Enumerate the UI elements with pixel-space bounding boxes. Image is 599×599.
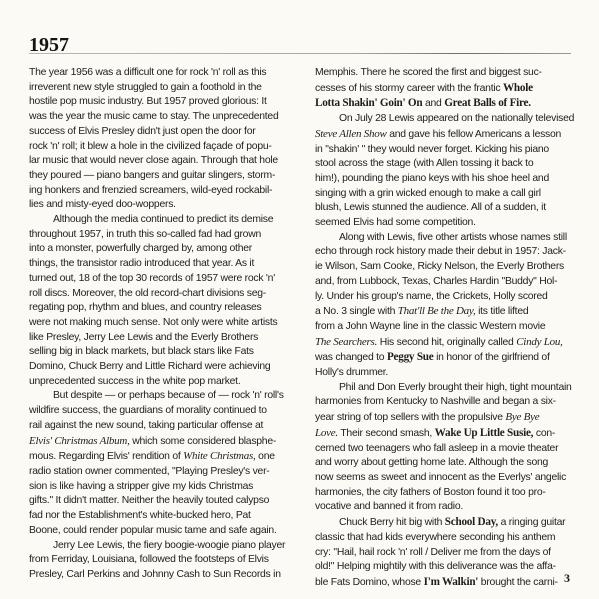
text-run: Presley, Carl Perkins and Johnny Cash to… [29, 569, 281, 580]
text-run: turned out, 18 of the top 30 records of … [29, 273, 275, 284]
text-run: and worry about getting home late. Altho… [315, 457, 548, 468]
text-run: lies and misty-eyed doo-woppers. [29, 199, 176, 210]
paragraph: Chuck Berry hit big with School Day, a r… [315, 515, 581, 591]
text-run: year string of top sellers with the prop… [315, 412, 505, 423]
text-run: classic that had kids everywhere secondi… [315, 532, 555, 543]
song-title: School Day, [445, 516, 498, 528]
text-line: harmonies, the city fathers of Boston fo… [315, 486, 581, 501]
text-run: Their second smash, [338, 428, 435, 439]
text-line: blush, Lewis stunned the audience. All o… [315, 201, 581, 216]
text-line: turned out, 18 of the top 30 records of … [29, 272, 295, 287]
text-run: irreverent new style struggled to gain a… [29, 82, 262, 93]
text-run: ie Wilson, Sam Cooke, Ricky Nelson, the … [315, 261, 564, 272]
text-line: they poured — piano bangers and guitar s… [29, 169, 295, 184]
text-line: lar music that would never close again. … [29, 154, 295, 169]
text-run: But despite — or perhaps because of — ro… [53, 390, 284, 401]
text-line: rail against the new sound, taking parti… [29, 419, 295, 434]
text-run: Jerry Lee Lewis, the fiery boogie-woogie… [53, 540, 285, 551]
text-line: old!" Helping mightily with this deliver… [315, 560, 581, 575]
text-run: in honor of the girlfriend of [433, 352, 549, 363]
text-line: was changed to Peggy Sue in honor of the… [315, 350, 581, 366]
text-run: which some considered blasphe- [130, 436, 276, 447]
text-run: Although the media continued to predict … [53, 214, 273, 225]
text-run: gifts." It didn't matter. Neither the he… [29, 495, 269, 506]
text-line: wildfire success, the guardians of moral… [29, 404, 295, 419]
text-line: ble Fats Domino, whose I'm Walkin' broug… [315, 575, 581, 591]
text-run: cerned two teenagers who fall asleep in … [315, 443, 558, 454]
text-line: singing with a grin wicked enough to mak… [315, 187, 581, 202]
text-line: now seems as sweet and innocent as the E… [315, 471, 581, 486]
text-run: rail against the new sound, taking parti… [29, 420, 263, 431]
text-line: echo through rock history made their deb… [315, 245, 581, 260]
text-line: Presley, Carl Perkins and Johnny Cash to… [29, 568, 295, 583]
text-run: and, from Lubbock, Texas, Charles Hardin… [315, 276, 557, 287]
text-line: selling big in black markets, but black … [29, 345, 295, 360]
text-run: and gave his fellow Americans a lesson [387, 129, 562, 140]
italic-title: Bye Bye [505, 411, 539, 423]
text-run: vocative and banned it from radio. [315, 501, 463, 512]
song-title: Wake Up Little Susie, [435, 427, 534, 439]
text-run: cry: "Hail, hail rock 'n' roll / Deliver… [315, 547, 551, 558]
text-line: On July 28 Lewis appeared on the nationa… [315, 112, 581, 127]
text-run: Chuck Berry hit big with [339, 517, 445, 528]
text-run: harmonies, the city fathers of Boston fo… [315, 487, 546, 498]
text-run: throughout 1957, in truth this so-called… [29, 229, 261, 240]
text-run: things, the transistor radio introduced … [29, 258, 254, 269]
text-run: from a John Wayne line in the classic We… [315, 321, 545, 332]
text-run: Boone, could render popular music tame a… [29, 525, 277, 536]
text-line: and worry about getting home late. Altho… [315, 456, 581, 471]
text-run: a No. 3 single with [315, 306, 398, 317]
text-line: into a monster, powerfully charged by, a… [29, 242, 295, 257]
text-run: from Ferriday, Louisiana, followed the f… [29, 554, 269, 565]
text-run: selling big in black markets, but black … [29, 346, 254, 357]
text-line: Domino, Chuck Berry and Little Richard w… [29, 360, 295, 375]
text-run: radio station owner commented, "Playing … [29, 466, 270, 477]
text-line: unprecedented success in the white pop m… [29, 375, 295, 390]
text-line: things, the transistor radio introduced … [29, 257, 295, 272]
text-run: harmonies from Kentucky to Nashville and… [315, 396, 556, 407]
song-title: Lotta Shakin' Goin' On [315, 97, 422, 109]
text-run: echo through rock history made their deb… [315, 246, 566, 257]
text-run: unprecedented success in the white pop m… [29, 376, 240, 387]
italic-title: Elvis' Christmas Album, [29, 435, 130, 447]
text-run: its title lifted [475, 306, 528, 317]
text-line: Although the media continued to predict … [29, 213, 295, 228]
text-line: year string of top sellers with the prop… [315, 410, 581, 426]
text-run: were not making much sense. Not only wer… [29, 317, 277, 328]
left-column: The year 1956 was a difficult one for ro… [29, 66, 295, 583]
text-line: ing honkers and frenzied screamers, wild… [29, 184, 295, 199]
italic-title: Cindy Lou, [516, 336, 562, 348]
text-run: blush, Lewis stunned the audience. All o… [315, 202, 546, 213]
text-line: Chuck Berry hit big with School Day, a r… [315, 515, 581, 531]
text-line: Holly's drummer. [315, 366, 581, 381]
text-line: a No. 3 single with That'll Be the Day, … [315, 304, 581, 320]
text-run: Phil and Don Everly brought their high, … [339, 382, 572, 393]
text-run: and [422, 98, 444, 109]
paragraph: Phil and Don Everly brought their high, … [315, 381, 581, 515]
text-line: stool across the stage (with Allen tossi… [315, 157, 581, 172]
song-title: Whole [503, 82, 533, 94]
text-line: ie Wilson, Sam Cooke, Ricky Nelson, the … [315, 260, 581, 275]
text-run: cesses of his stormy career with the fra… [315, 83, 503, 94]
text-line: ly. Under his group's name, the Crickets… [315, 290, 581, 305]
text-line: in "shakin' " they would never forget. K… [315, 143, 581, 158]
text-run: rock 'n' roll; it blew a hole in the civ… [29, 141, 272, 152]
text-run: lar music that would never close again. … [29, 155, 278, 166]
text-line: success of Elvis Presley didn't just ope… [29, 125, 295, 140]
text-line: and, from Lubbock, Texas, Charles Hardin… [315, 275, 581, 290]
text-line: seemed Elvis had some competition. [315, 216, 581, 231]
text-line: cry: "Hail, hail rock 'n' roll / Deliver… [315, 546, 581, 561]
song-title: Peggy Sue [387, 351, 434, 363]
text-line: harmonies from Kentucky to Nashville and… [315, 395, 581, 410]
text-run: brought the carni- [478, 577, 558, 588]
text-run: now seems as sweet and innocent as the E… [315, 472, 566, 483]
paragraph: Along with Lewis, five other artists who… [315, 231, 581, 381]
text-line: rock 'n' roll; it blew a hole in the civ… [29, 140, 295, 155]
text-run: was changed to [315, 352, 387, 363]
text-run: old!" Helping mightily with this deliver… [315, 561, 556, 572]
text-run: singing with a grin wicked enough to mak… [315, 188, 541, 199]
page-number: 3 [564, 571, 570, 586]
text-run: His second hit, originally called [377, 337, 516, 348]
text-run: him!), pounding the piano keys with his … [315, 173, 549, 184]
text-run: Domino, Chuck Berry and Little Richard w… [29, 361, 270, 372]
text-line: from a John Wayne line in the classic We… [315, 320, 581, 335]
text-run: ble Fats Domino, whose [315, 577, 424, 588]
text-line: Lotta Shakin' Goin' On and Great Balls o… [315, 96, 581, 112]
text-line: roll discs. Moreover, the old record-cha… [29, 287, 295, 302]
text-line: classic that had kids everywhere secondi… [315, 531, 581, 546]
text-line: cerned two teenagers who fall asleep in … [315, 442, 581, 457]
text-line: irreverent new style struggled to gain a… [29, 81, 295, 96]
text-run: ing honkers and frenzied screamers, wild… [29, 185, 272, 196]
italic-title: White Christmas, [183, 450, 255, 462]
paragraph: Although the media continued to predict … [29, 213, 295, 389]
text-line: were not making much sense. Not only wer… [29, 316, 295, 331]
text-line: Boone, could render popular music tame a… [29, 524, 295, 539]
text-run: The year 1956 was a difficult one for ro… [29, 67, 266, 78]
text-line: from Ferriday, Louisiana, followed the f… [29, 553, 295, 568]
paragraph: Jerry Lee Lewis, the fiery boogie-woogie… [29, 539, 295, 583]
document-page: 1957 The year 1956 was a difficult one f… [0, 0, 599, 599]
text-run: into a monster, powerfully charged by, a… [29, 243, 252, 254]
italic-title: The Searchers. [315, 336, 377, 348]
song-title: I'm Walkin' [424, 576, 479, 588]
paragraph: Memphis. There he scored the first and b… [315, 66, 581, 112]
paragraph: On July 28 Lewis appeared on the nationa… [315, 112, 581, 231]
text-run: stool across the stage (with Allen tossi… [315, 158, 533, 169]
text-line: Steve Allen Show and gave his fellow Ame… [315, 127, 581, 143]
text-line: like Presley, Jerry Lee Lewis and the Ev… [29, 331, 295, 346]
text-line: mous. Regarding Elvis' rendition of Whit… [29, 449, 295, 465]
text-run: Along with Lewis, five other artists who… [339, 232, 567, 243]
italic-title: That'll Be the Day, [398, 305, 476, 317]
text-line: lies and misty-eyed doo-woppers. [29, 198, 295, 213]
text-run: roll discs. Moreover, the old record-cha… [29, 288, 266, 299]
text-line: sion is like having a stripper give my k… [29, 480, 295, 495]
text-run: On July 28 Lewis appeared on the nationa… [339, 113, 574, 124]
text-run: wildfire success, the guardians of moral… [29, 405, 267, 416]
text-run: they poured — piano bangers and guitar s… [29, 170, 275, 181]
text-run: one [256, 451, 275, 462]
italic-title: Love. [315, 427, 338, 439]
text-line: radio station owner commented, "Playing … [29, 465, 295, 480]
text-line: Jerry Lee Lewis, the fiery boogie-woogie… [29, 539, 295, 554]
text-line: Love. Their second smash, Wake Up Little… [315, 426, 581, 442]
text-run: Memphis. There he scored the first and b… [315, 67, 542, 78]
text-line: hostile pop music industry. But 1957 pro… [29, 95, 295, 110]
text-line: Memphis. There he scored the first and b… [315, 66, 581, 81]
text-line: gifts." It didn't matter. Neither the he… [29, 494, 295, 509]
text-line: Along with Lewis, five other artists who… [315, 231, 581, 246]
text-run: mous. Regarding Elvis' rendition of [29, 451, 183, 462]
text-line: The year 1956 was a difficult one for ro… [29, 66, 295, 81]
right-column: Memphis. There he scored the first and b… [315, 66, 581, 591]
header-rule [29, 53, 571, 54]
text-line: him!), pounding the piano keys with his … [315, 172, 581, 187]
text-run: fad nor the Establishment's white-bucked… [29, 510, 251, 521]
paragraph: But despite — or perhaps because of — ro… [29, 389, 295, 538]
text-run: in "shakin' " they would never forget. K… [315, 144, 549, 155]
text-run: seemed Elvis had some competition. [315, 217, 476, 228]
text-line: Phil and Don Everly brought their high, … [315, 381, 581, 396]
text-line: cesses of his stormy career with the fra… [315, 81, 581, 97]
paragraph: The year 1956 was a difficult one for ro… [29, 66, 295, 213]
text-line: was the year the music came to stay. The… [29, 110, 295, 125]
text-run: hostile pop music industry. But 1957 pro… [29, 96, 267, 107]
text-run: success of Elvis Presley didn't just ope… [29, 126, 255, 137]
text-line: vocative and banned it from radio. [315, 500, 581, 515]
text-run: regating pop, rhythm and blues, and coun… [29, 302, 261, 313]
text-run: ly. Under his group's name, the Crickets… [315, 291, 548, 302]
text-run: con- [533, 428, 555, 439]
text-run: was the year the music came to stay. The… [29, 111, 279, 122]
text-line: But despite — or perhaps because of — ro… [29, 389, 295, 404]
song-title: Great Balls of Fire. [444, 97, 531, 109]
text-run: sion is like having a stripper give my k… [29, 481, 253, 492]
text-line: throughout 1957, in truth this so-called… [29, 228, 295, 243]
italic-title: Steve Allen Show [315, 128, 387, 140]
text-run: Holly's drummer. [315, 367, 388, 378]
text-run: like Presley, Jerry Lee Lewis and the Ev… [29, 332, 258, 343]
text-line: regating pop, rhythm and blues, and coun… [29, 301, 295, 316]
text-line: The Searchers. His second hit, originall… [315, 335, 581, 351]
text-line: fad nor the Establishment's white-bucked… [29, 509, 295, 524]
text-line: Elvis' Christmas Album, which some consi… [29, 434, 295, 450]
text-run: a ringing guitar [498, 517, 565, 528]
